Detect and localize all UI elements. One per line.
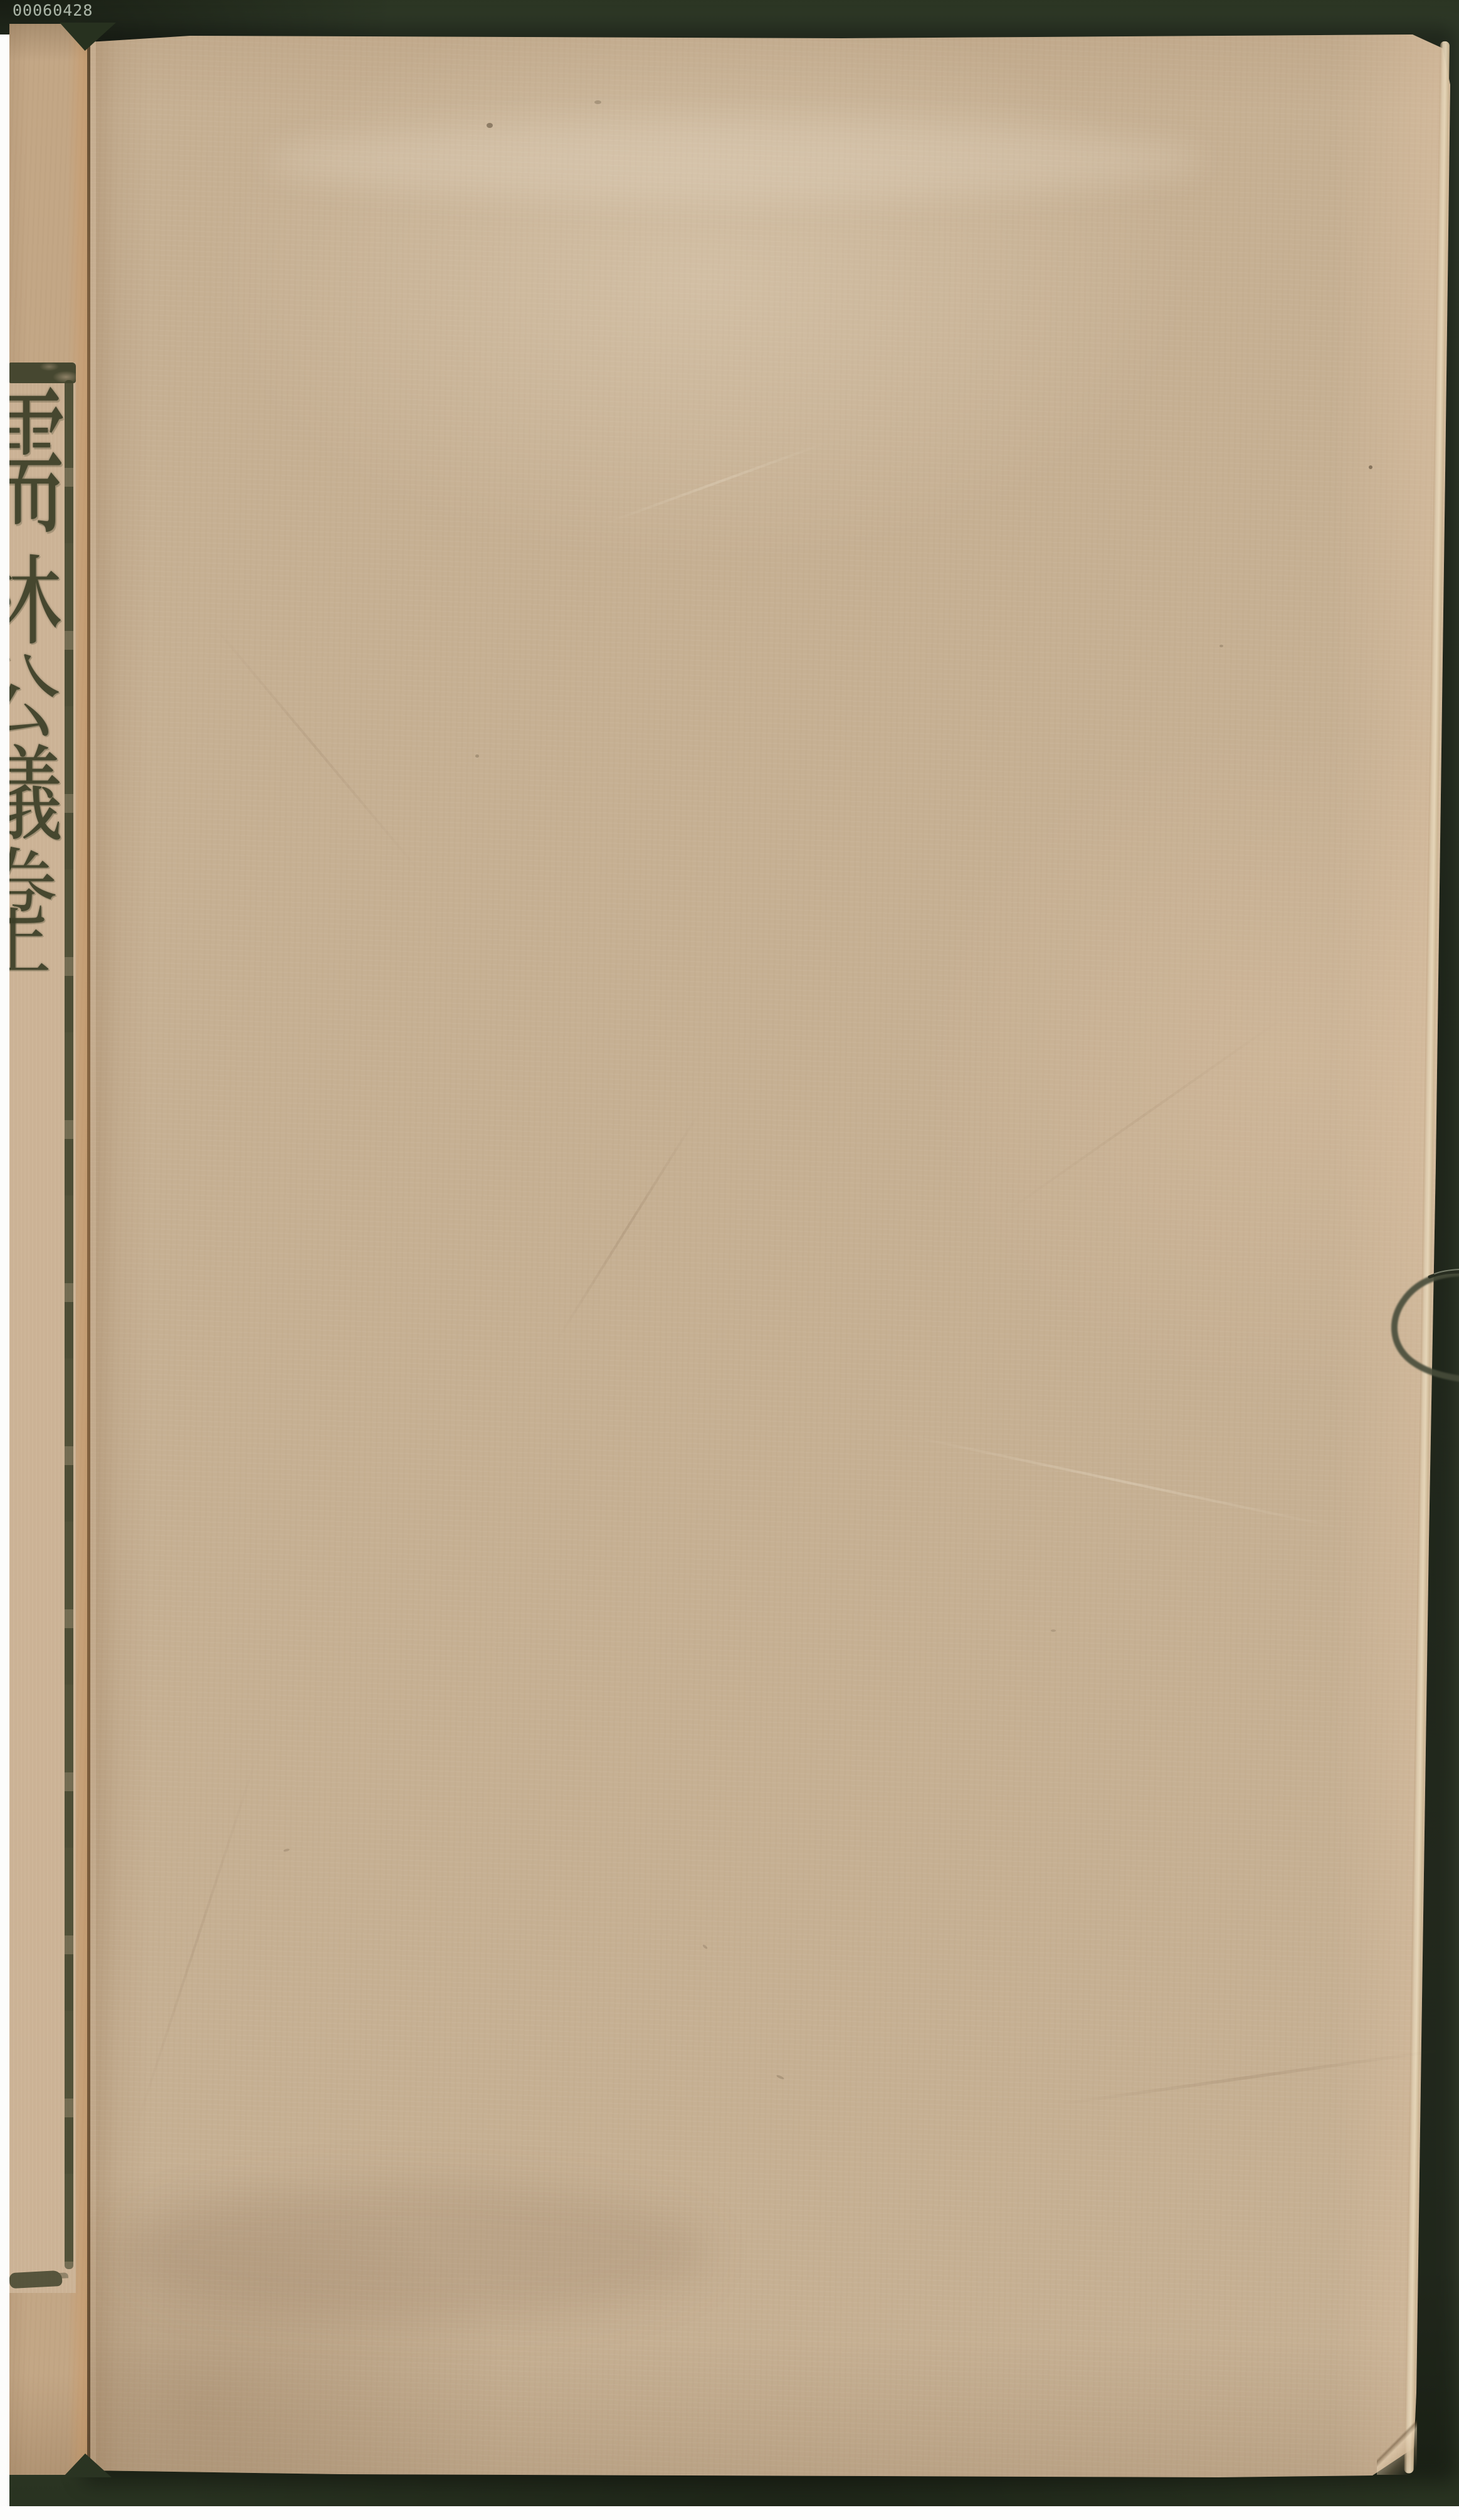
dog-ear-corner-fold <box>1377 2415 1417 2475</box>
scanned-book-photo: 00060428 儒 林 公 議 卷 上 <box>0 0 1459 2520</box>
binding-thread-loop <box>1379 1254 1459 1392</box>
spine-title-char-6: 上 <box>0 907 69 980</box>
blank-book-page <box>90 34 1451 2477</box>
paper-speck <box>1369 465 1372 469</box>
paper-speck <box>594 100 601 104</box>
spine-title-char-1: 儒 <box>0 386 69 546</box>
paper-speck <box>487 123 493 128</box>
spine-title-text: 儒 林 公 議 卷 上 <box>0 363 69 2293</box>
paper-speck <box>1219 645 1223 647</box>
paper-fiber <box>1051 1629 1056 1632</box>
gutter-crease-highlight <box>90 36 96 2472</box>
spine-title-char-2: 林 <box>0 554 69 652</box>
paper-speck <box>475 754 479 758</box>
scan-edge-bottom <box>0 2506 1459 2520</box>
scan-edge-left <box>0 34 9 2520</box>
spine-title-char-3: 公 <box>0 652 69 744</box>
spine-title-label: 儒 林 公 議 卷 上 <box>9 363 76 2293</box>
spine-title-char-4: 議 <box>0 744 69 848</box>
scan-id-stamp: 00060428 <box>13 1 93 19</box>
